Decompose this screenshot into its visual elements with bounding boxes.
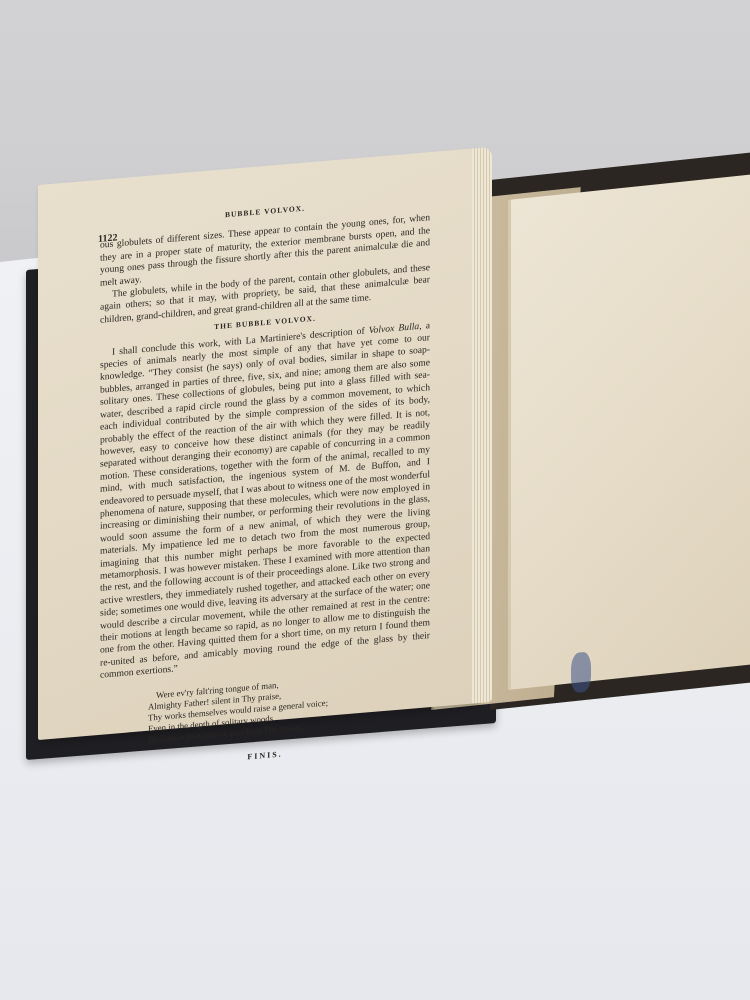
page-edges-stitching bbox=[472, 147, 492, 704]
main-paragraph-body: a species of animals nearly the most sim… bbox=[100, 320, 430, 681]
page-text: 1122 BUBBLE VOLVOX. ous globulets of dif… bbox=[100, 192, 430, 776]
rear-endpaper bbox=[508, 173, 750, 690]
main-paragraph: I shall conclude this work, with La Mart… bbox=[100, 320, 430, 683]
book-page: 1122 BUBBLE VOLVOX. ous globulets of dif… bbox=[38, 148, 478, 740]
closing-poem: Were ev'ry falt'ring tongue of man, Almi… bbox=[148, 667, 430, 746]
page-number: 1122 bbox=[98, 232, 117, 246]
blue-stain bbox=[571, 651, 591, 693]
